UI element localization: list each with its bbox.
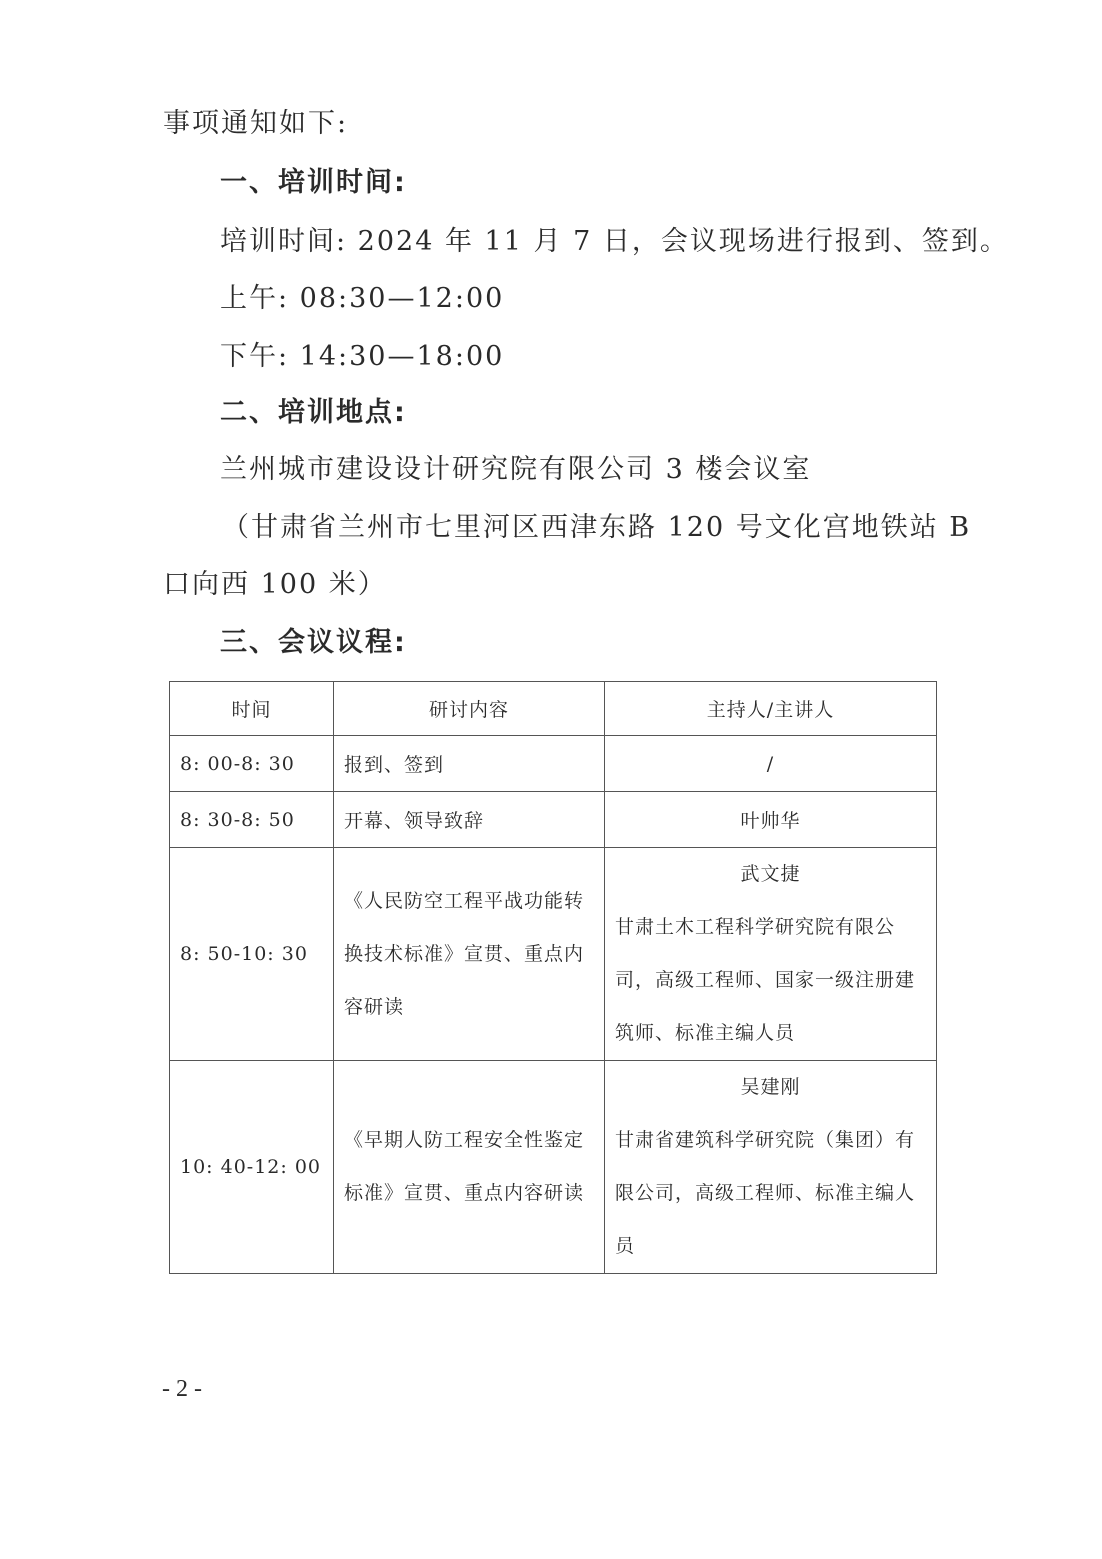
speaker-name: 武文捷 <box>615 848 926 901</box>
table-row: 8: 00-8: 30 报到、签到 / <box>170 736 937 792</box>
header-content: 研讨内容 <box>334 682 605 736</box>
cell-speaker: / <box>605 736 937 792</box>
cell-speaker: 吴建刚 甘肃省建筑科学研究院（集团）有限公司，高级工程师、标准主编人员 <box>605 1061 937 1274</box>
morning-time: 上午: 08:30—12:00 <box>220 281 504 317</box>
agenda-table: 时间 研讨内容 主持人/主讲人 8: 00-8: 30 报到、签到 / 8: 3… <box>169 681 937 1274</box>
cell-content: 开幕、领导致辞 <box>334 792 605 848</box>
speaker-info: 甘肃省建筑科学研究院（集团）有限公司，高级工程师、标准主编人员 <box>615 1114 926 1273</box>
cell-time: 8: 00-8: 30 <box>170 736 334 792</box>
cell-speaker: 叶帅华 <box>605 792 937 848</box>
address-line-2: 口向西 100 米） <box>163 567 387 603</box>
cell-content: 报到、签到 <box>334 736 605 792</box>
speaker-info: 甘肃土木工程科学研究院有限公司，高级工程师、国家一级注册建筑师、标准主编人员 <box>615 901 926 1060</box>
intro-text: 事项通知如下: <box>163 106 348 142</box>
training-date: 培训时间: 2024 年 11 月 7 日，会议现场进行报到、签到。 <box>220 224 1009 260</box>
cell-speaker: 武文捷 甘肃土木工程科学研究院有限公司，高级工程师、国家一级注册建筑师、标准主编… <box>605 848 937 1061</box>
afternoon-time: 下午: 14:30—18:00 <box>220 339 504 375</box>
page-number: - 2 - <box>162 1376 202 1403</box>
section2-heading: 二、培训地点: <box>220 395 407 431</box>
speaker-name: 吴建刚 <box>615 1061 926 1114</box>
table-row: 8: 50-10: 30 《人民防空工程平战功能转换技术标准》宣贯、重点内容研读… <box>170 848 937 1061</box>
cell-content: 《人民防空工程平战功能转换技术标准》宣贯、重点内容研读 <box>334 848 605 1061</box>
table-row: 10: 40-12: 00 《早期人防工程安全性鉴定标准》宣贯、重点内容研读 吴… <box>170 1061 937 1274</box>
header-time: 时间 <box>170 682 334 736</box>
section1-heading: 一、培训时间: <box>220 165 407 201</box>
cell-time: 10: 40-12: 00 <box>170 1061 334 1274</box>
venue: 兰州城市建设设计研究院有限公司 3 楼会议室 <box>220 452 811 488</box>
cell-content: 《早期人防工程安全性鉴定标准》宣贯、重点内容研读 <box>334 1061 605 1274</box>
cell-time: 8: 50-10: 30 <box>170 848 334 1061</box>
cell-time: 8: 30-8: 50 <box>170 792 334 848</box>
header-speaker: 主持人/主讲人 <box>605 682 937 736</box>
section3-heading: 三、会议议程: <box>220 625 407 661</box>
table-header-row: 时间 研讨内容 主持人/主讲人 <box>170 682 937 736</box>
table-row: 8: 30-8: 50 开幕、领导致辞 叶帅华 <box>170 792 937 848</box>
address-line-1: （甘肃省兰州市七里河区西津东路 120 号文化宫地铁站 B <box>222 510 971 546</box>
